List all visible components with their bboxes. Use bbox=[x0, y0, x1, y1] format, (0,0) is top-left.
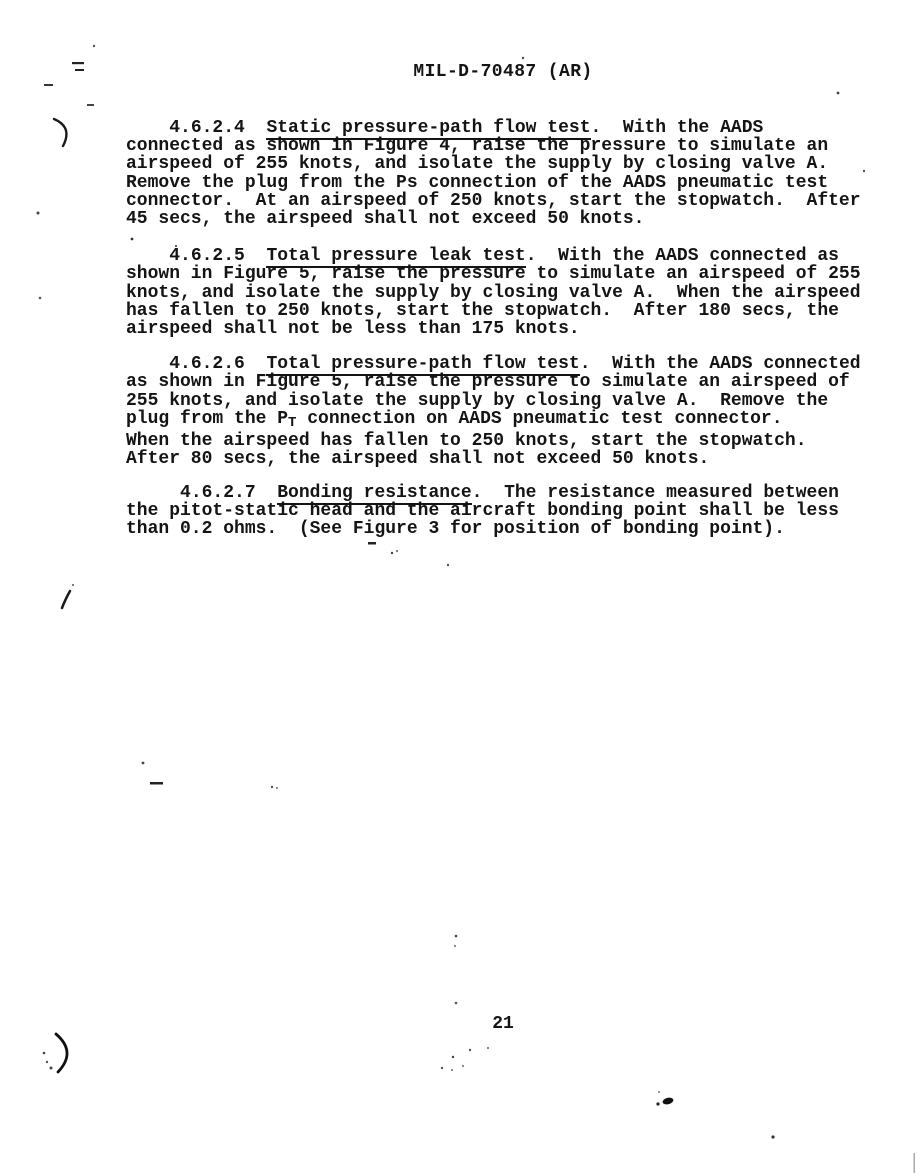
section-paragraph-4-6-2-5: 4.6.2.5 Total pressure leak test. With t… bbox=[126, 247, 902, 338]
scan-artifact-dot bbox=[454, 945, 456, 947]
scan-artifact-paren-mark-bottom bbox=[56, 1034, 67, 1072]
scan-artifact-dot bbox=[43, 1052, 46, 1055]
scan-artifact-equals-mark bbox=[72, 62, 84, 64]
section-paragraph-4-6-2-6: 4.6.2.6 Total pressure-path flow test. W… bbox=[126, 355, 902, 468]
section-paragraph-4-6-2-4: 4.6.2.4 Static pressure-path flow test. … bbox=[126, 119, 902, 228]
section-number: 4.6.2.6 bbox=[126, 354, 266, 374]
scan-artifact-dot bbox=[39, 297, 42, 300]
scan-artifact-dash bbox=[87, 104, 94, 106]
doc-number: MIL-D-70487 (AR) bbox=[413, 62, 592, 82]
scan-artifact-dot bbox=[72, 584, 74, 586]
section-number: 4.6.2.7 bbox=[126, 483, 277, 503]
scan-artifact-dot bbox=[656, 1102, 659, 1105]
scan-artifact-dot bbox=[658, 1091, 660, 1093]
scan-artifact-dot bbox=[37, 212, 40, 215]
scan-artifact-dash bbox=[44, 84, 53, 86]
scan-artifact-edge-line bbox=[914, 1153, 916, 1173]
page-footer: 21 bbox=[127, 1014, 879, 1034]
scan-artifact-dot bbox=[837, 92, 840, 95]
scan-artifact-equals-mark bbox=[75, 69, 84, 71]
scan-artifact-dot bbox=[93, 45, 95, 47]
scan-artifact-dot bbox=[451, 1069, 453, 1071]
scan-artifact-dot bbox=[447, 564, 449, 566]
scan-artifact-dot bbox=[441, 1067, 443, 1069]
scan-artifact-dot bbox=[455, 935, 458, 938]
scan-artifact-paren-mark-top bbox=[54, 119, 66, 146]
scan-artifact-slash-mark bbox=[62, 591, 70, 608]
scan-artifact-ink-blob bbox=[662, 1097, 674, 1106]
scan-artifact-dot bbox=[46, 1061, 48, 1063]
scan-artifact-dash bbox=[150, 782, 163, 785]
scan-artifact-dot bbox=[771, 1135, 774, 1138]
scan-artifact-dash bbox=[368, 542, 376, 545]
scan-artifact-dot bbox=[391, 552, 393, 554]
section-number: 4.6.2.4 bbox=[126, 118, 266, 138]
page-header: MIL-D-70487 (AR) bbox=[127, 62, 879, 82]
scan-artifact-dot bbox=[396, 550, 398, 552]
section-number: 4.6.2.5 bbox=[126, 246, 266, 266]
scan-artifact-dot bbox=[142, 762, 145, 765]
scan-artifact-dot bbox=[50, 1067, 53, 1070]
document-page: MIL-D-70487 (AR) 4.6.2.4 Static pressure… bbox=[0, 0, 917, 1176]
page-number: 21 bbox=[492, 1014, 514, 1034]
scan-artifact-dot bbox=[469, 1049, 471, 1051]
document-body: 4.6.2.4 Static pressure-path flow test. … bbox=[126, 119, 902, 538]
scan-artifact-dot bbox=[271, 786, 273, 788]
scan-artifact-dot bbox=[462, 1065, 464, 1067]
scan-artifact-dot bbox=[455, 1002, 458, 1005]
scan-artifact-dot bbox=[452, 1056, 454, 1058]
scan-artifact-dot bbox=[276, 787, 278, 789]
scan-artifact-dot bbox=[487, 1047, 489, 1049]
section-paragraph-4-6-2-7: 4.6.2.7 Bonding resistance. The resistan… bbox=[126, 484, 902, 539]
scan-artifact-dot bbox=[522, 57, 524, 59]
